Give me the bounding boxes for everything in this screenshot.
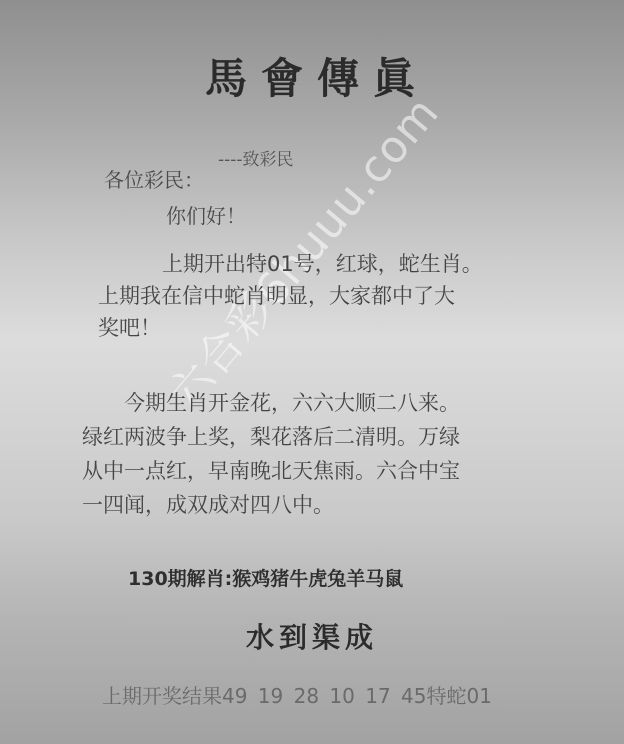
paragraph-poem: 今期生肖开金花，六六大顺二八来。 绿红两波争上奖，梨花落后二清明。万绿 从中一点… (82, 386, 542, 522)
paragraph-last-result: 上期开出特01号，红球，蛇生肖。 上期我在信中蛇肖明显，大家都中了大 奖吧！ (98, 248, 528, 344)
paragraph-line: 上期我在信中蛇肖明显，大家都中了大 (98, 280, 528, 312)
page-title: 馬會傳眞 (0, 46, 624, 106)
paragraph-line: 奖吧！ (98, 312, 528, 344)
paragraph-line: 上期开出特01号，红球，蛇生肖。 (98, 248, 528, 280)
poem-line: 一四闻，成双成对四八中。 (82, 488, 542, 522)
poem-line: 绿红两波争上奖，梨花落后二清明。万绿 (82, 420, 542, 454)
poem-line: 从中一点红，早南晚北天焦雨。六合中宝 (82, 454, 542, 488)
hello-line: 你们好！ (166, 200, 246, 229)
poem-line: 今期生肖开金花，六六大顺二八来。 (82, 386, 542, 420)
zodiac-prediction: 130期解肖:猴鸡猪牛虎兔羊马鼠 (128, 564, 403, 591)
motto: 水到渠成 (0, 616, 624, 656)
greeting: 各位彩民： (104, 164, 204, 193)
signature: ----致彩民 (218, 145, 294, 170)
last-draw-result: 上期开奖结果49 19 28 10 17 45特蛇01 (102, 680, 492, 709)
